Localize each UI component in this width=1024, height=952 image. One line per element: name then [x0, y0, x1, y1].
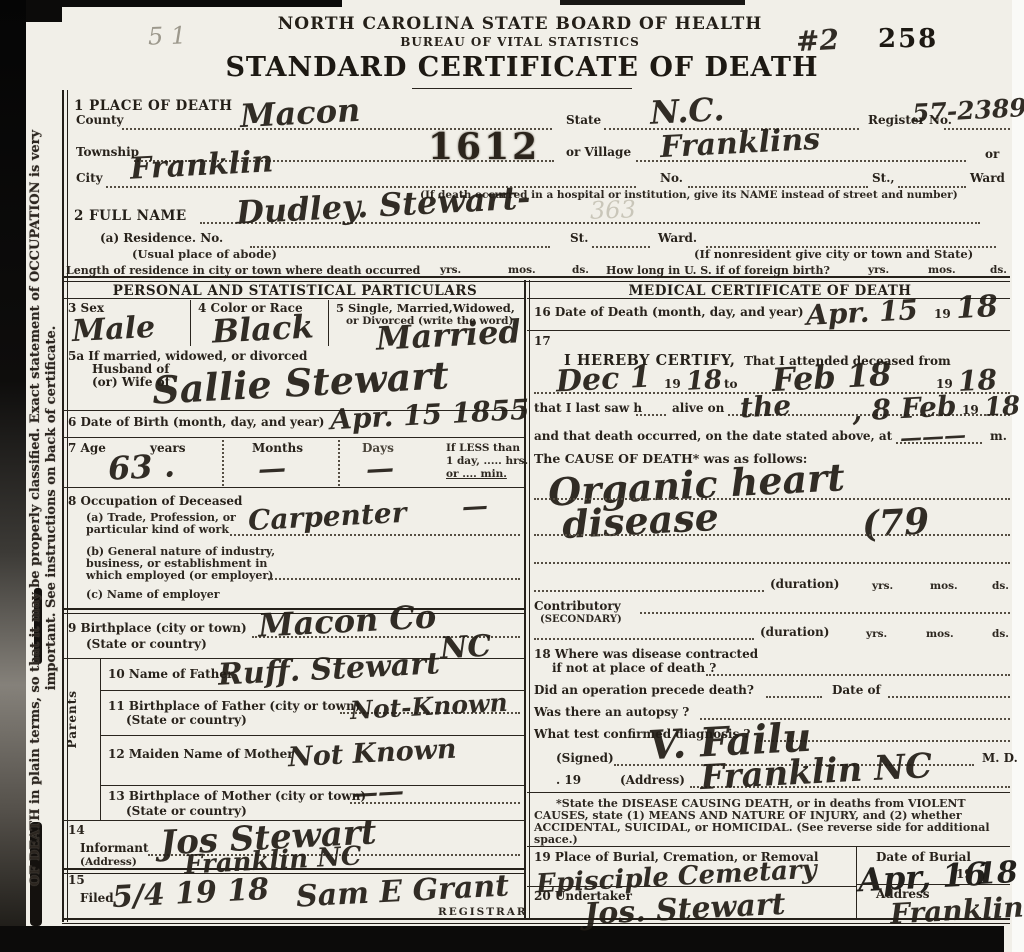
- race-marital-divider: [328, 300, 329, 346]
- village-label: or Village: [566, 146, 631, 160]
- mother-birthplace-label: 13 Birthplace of Mother (city or town): [108, 790, 366, 804]
- rule-under-father-bp: [100, 735, 524, 736]
- filed-number: 15: [68, 874, 85, 888]
- street-no-label: No.: [660, 172, 683, 186]
- certificate-serial-number: 258: [878, 24, 938, 54]
- length-yrs-label: yrs.: [440, 264, 461, 277]
- cause-line-3-rule: [534, 562, 1010, 564]
- last-saw-19: 19: [962, 404, 979, 418]
- sex-race-divider: [190, 300, 191, 346]
- informant-address-label: (Address): [80, 856, 137, 869]
- occupation-label: 8 Occupation of Deceased: [68, 495, 242, 509]
- contributory-duration-leader: [534, 638, 754, 640]
- burial-date-19: 19: [956, 868, 973, 882]
- less-than-label-1: If LESS than: [446, 442, 520, 455]
- county-label: County: [76, 114, 124, 128]
- rule-under-dod: [527, 330, 1010, 331]
- scan-edge-right: [1012, 0, 1024, 952]
- bureau-heading: BUREAU OF VITAL STATISTICS: [300, 36, 740, 50]
- contributory-yrs: yrs.: [866, 628, 887, 641]
- birthplace-state-country-label: (State or country): [86, 638, 207, 652]
- age-years-value: 63 .: [107, 446, 176, 487]
- register-line: [944, 128, 1010, 130]
- pencil-mark: 5 1: [148, 21, 187, 50]
- scan-edge-bottom: [0, 926, 1004, 952]
- md-label: M. D.: [982, 752, 1018, 766]
- burial-box-divider: [856, 846, 857, 918]
- file-stamp-number: 1612: [428, 126, 540, 168]
- residence-st-line: [592, 246, 650, 248]
- age-months-value: —: [257, 451, 287, 485]
- rule-above-footnote: [527, 792, 1010, 793]
- residence-ward-label: Ward.: [658, 232, 697, 246]
- village-or-label: or: [985, 148, 999, 162]
- mother-birthplace-value: ——: [351, 777, 404, 810]
- board-of-health-heading: NORTH CAROLINA STATE BOARD OF HEALTH: [220, 14, 820, 34]
- cause-line-2-rule: [534, 534, 1010, 536]
- column-divider: [524, 280, 530, 920]
- footnote-line-4: space.): [534, 833, 578, 846]
- rule-under-age: [62, 487, 524, 488]
- length-ds-label: ds.: [572, 264, 589, 277]
- less-than-label-3: or .... min.: [446, 468, 507, 481]
- residence-label: (a) Residence. No.: [100, 232, 223, 246]
- margin-note-line2: important. See instructions on back of c…: [44, 68, 60, 948]
- informant-number: 14: [68, 824, 85, 838]
- certificate-title: STANDARD CERTIFICATE OF DEATH: [212, 52, 832, 83]
- attended-from-value: Dec 1: [555, 360, 651, 400]
- city-value: Franklin: [129, 144, 274, 186]
- date-of-death-label: 16 Date of Death (month, day, and year): [534, 306, 804, 320]
- duration-leader: [534, 590, 764, 592]
- contributory-mos: mos.: [926, 628, 954, 641]
- section-divider-top: [62, 276, 1010, 282]
- ward-line: [898, 186, 966, 188]
- cause-code: (79: [861, 500, 930, 545]
- attended-from-year: 18: [685, 365, 723, 397]
- burial-date-year: 18: [975, 855, 1019, 892]
- duration-ds: ds.: [992, 580, 1009, 593]
- street-no-line: [688, 186, 868, 188]
- disease-contracted-label-2: if not at place of death ?: [552, 662, 716, 676]
- dob-label: 6 Date of Birth (month, day, and year): [68, 416, 324, 430]
- disease-contracted-label-1: 18 Where was disease contracted: [534, 648, 758, 662]
- state-label: State: [566, 114, 601, 128]
- last-saw-him-line: [636, 414, 666, 416]
- item-17-number: 17: [534, 335, 551, 349]
- contributory-ds: ds.: [992, 628, 1009, 641]
- residence-st-label: St.: [570, 232, 588, 246]
- abode-note: (Usual place of abode): [132, 248, 277, 262]
- employer-label: (c) Name of employer: [86, 588, 220, 601]
- attended-to-label: to: [724, 378, 738, 392]
- foreign-mos-label: mos.: [928, 264, 956, 277]
- disease-contracted-line: [706, 674, 1010, 676]
- age-label: 7 Age: [68, 442, 106, 456]
- duration-label: (duration): [770, 578, 839, 592]
- rule-under-mother: [100, 785, 524, 786]
- signed-date-19: . 19: [556, 774, 581, 788]
- place-of-death-heading: 1 PLACE OF DEATH: [74, 98, 233, 114]
- last-saw-date-value: , 8 Feb: [851, 389, 957, 427]
- register-no-value: 57-2389: [911, 93, 1024, 128]
- personal-heading-rule: [62, 298, 524, 299]
- mother-name-label: 12 Maiden Name of Mother: [108, 748, 294, 762]
- state-value: N.C.: [649, 90, 725, 132]
- signed-label: (Signed): [556, 752, 614, 766]
- date-of-death-year: 18: [955, 289, 999, 326]
- rule-under-footnote: [527, 846, 1010, 847]
- age-divider-2: [338, 440, 340, 486]
- filed-label: Filed: [80, 892, 114, 906]
- mother-birthplace-state-label: (State or country): [126, 805, 247, 819]
- faint-pencil-number: 363: [590, 195, 637, 225]
- secondary-label: (SECONDARY): [540, 614, 622, 626]
- scan-edge-left-strip: [0, 0, 26, 952]
- death-occurred-dash: ———: [899, 422, 966, 451]
- sex-value: Male: [71, 310, 156, 349]
- title-underline: [412, 88, 632, 89]
- rule-under-dob: [62, 437, 524, 438]
- age-days-value: —: [365, 451, 395, 485]
- rule-under-burial-place: [527, 886, 856, 887]
- death-occurred-label: and that death occurred, on the date sta…: [534, 430, 892, 444]
- footnote-line-3: ACCIDENTAL, SUICIDAL, or HOMICIDAL. (See…: [534, 821, 990, 834]
- father-name-value: Ruff. Stewart: [217, 646, 441, 693]
- alive-on-label: alive on: [672, 402, 724, 416]
- birthplace-label: 9 Birthplace (city or town): [68, 622, 247, 636]
- contributory-line: [640, 612, 1010, 614]
- rule-under-burial-date: [856, 884, 1010, 885]
- contributory-label: Contributory: [534, 600, 621, 614]
- full-name-label: 2 FULL NAME: [74, 208, 187, 224]
- filed-date-value: 5/4 19 18: [111, 872, 270, 915]
- last-saw-label: that I last saw h: [534, 402, 642, 416]
- date-of-death-19: 19: [934, 308, 951, 322]
- father-birthplace-value: Not-Known: [349, 688, 508, 725]
- attended-from-19: 19: [664, 378, 681, 392]
- registrar-label: REGISTRAR: [438, 906, 528, 919]
- foreign-yrs-label: yrs.: [868, 264, 889, 277]
- operation-line: [766, 696, 822, 698]
- birthplace-state-value: NC: [439, 629, 492, 667]
- trade-value: Carpenter: [247, 496, 407, 537]
- personal-particulars-heading: PERSONAL AND STATISTICAL PARTICULARS: [70, 283, 520, 299]
- industry-line: [268, 578, 520, 580]
- last-saw-year: 18: [983, 391, 1021, 423]
- less-than-label-2: 1 day, ..... hrs.: [446, 455, 528, 468]
- father-birthplace-label: 11 Birthplace of Father (city or town): [108, 700, 360, 714]
- st-label: St.,: [872, 172, 895, 186]
- city-label: City: [76, 172, 103, 186]
- age-divider-1: [222, 440, 224, 486]
- foreign-ds-label: ds.: [990, 264, 1007, 277]
- mother-name-value: Not Known: [287, 734, 457, 774]
- medical-heading-rule: [527, 298, 1010, 299]
- scan-streak-top-1: [62, 0, 342, 7]
- autopsy-label: Was there an autopsy ?: [534, 706, 689, 720]
- duration-mos: mos.: [930, 580, 958, 593]
- father-birthplace-state-label: (State or country): [126, 714, 247, 728]
- date-of-operation-line: [888, 696, 1010, 698]
- margin-instructions: OF DEATH in plain terms, so that it may …: [28, 68, 61, 948]
- operation-label: Did an operation precede death?: [534, 684, 754, 698]
- nonresident-note: (If nonresident give city or town and St…: [694, 248, 973, 262]
- trade-label-2: particular kind of work: [86, 523, 229, 536]
- parents-group-rule: [100, 658, 101, 820]
- ward-label: Ward: [970, 172, 1005, 186]
- signed-address-label: (Address): [620, 774, 685, 788]
- medical-certificate-heading: MEDICAL CERTIFICATE OF DEATH: [530, 283, 1010, 299]
- date-of-operation-label: Date of: [832, 684, 881, 698]
- duration-yrs: yrs.: [872, 580, 893, 593]
- informant-label: Informant: [80, 842, 149, 856]
- county-value: Macon: [239, 91, 361, 135]
- last-saw-value: the: [739, 389, 792, 425]
- contributory-duration-label: (duration): [760, 626, 829, 640]
- village-value: Franklins: [659, 122, 821, 165]
- bottom-frame-rule: [62, 918, 1010, 924]
- race-value: Black: [211, 307, 314, 350]
- trade-dash: —: [461, 491, 489, 522]
- length-mos-label: mos.: [508, 264, 536, 277]
- parents-group-label: Parents: [66, 690, 80, 748]
- father-name-label: 10 Name of Father: [108, 668, 233, 682]
- industry-label-3: which employed (or employer): [86, 569, 273, 582]
- marital-value: Married: [375, 312, 522, 358]
- undertaker-address-value: Franklin: [889, 891, 1024, 931]
- death-certificate-scan: OF DEATH in plain terms, so that it may …: [0, 0, 1024, 952]
- scan-streak-top-2: [560, 0, 745, 5]
- margin-note-line1: OF DEATH in plain terms, so that it may …: [28, 68, 44, 948]
- meridiem-label: m.: [990, 430, 1007, 444]
- cause-line-2: disease: [561, 494, 720, 547]
- date-of-death-value: Apr. 15: [805, 293, 919, 332]
- residence-line: [250, 246, 550, 248]
